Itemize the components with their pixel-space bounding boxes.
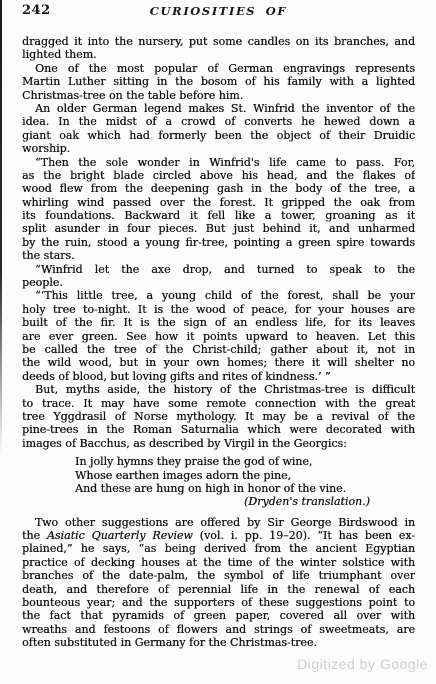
verse-block: In jolly hymns they praise the god of wi… bbox=[22, 455, 415, 509]
text-line: built of the fir. It is the sign of an e… bbox=[22, 316, 415, 329]
text-line: One of the most popular of German engrav… bbox=[22, 62, 415, 75]
text-line: the stars. bbox=[22, 249, 415, 262]
verse-attribution: (Dryden's translation.) bbox=[22, 495, 415, 508]
paragraph: An older German legend makes St. Winfrid… bbox=[22, 102, 415, 156]
book-page: 242 CURIOSITIES OF dragged it into the n… bbox=[0, 0, 436, 684]
text-line: “‘This little tree, a young child of the… bbox=[22, 289, 415, 302]
text-line: branches of the date-palm, the symbol of… bbox=[22, 569, 415, 582]
text-line: death, and therefore of perennial life i… bbox=[22, 583, 415, 596]
body-text: dragged it into the nursery, put some ca… bbox=[22, 35, 415, 650]
text-line: whirling wind passed over the forest. It… bbox=[22, 196, 415, 209]
text-line: Martin Luther sitting in the bosom of hi… bbox=[22, 75, 415, 88]
text-line: by the ruin, stood a young fir-tree, poi… bbox=[22, 236, 415, 249]
text-line: images of Bacchus, as described by Virgi… bbox=[22, 437, 415, 450]
text-line: giant oak which had formerly been the ob… bbox=[22, 129, 415, 142]
text-line: wreaths and festoons of flowers and stri… bbox=[22, 623, 415, 636]
running-header: CURIOSITIES OF bbox=[22, 4, 415, 18]
scan-edge-artifact bbox=[0, 0, 2, 455]
paragraph: dragged it into the nursery, put some ca… bbox=[22, 35, 415, 62]
text-line: the fact that pyramids of green paper, c… bbox=[22, 609, 415, 622]
text-line: bounteous year; and the supporters of th… bbox=[22, 596, 415, 609]
text-line: An older German legend makes St. Winfrid… bbox=[22, 102, 415, 115]
paragraph: But, myths aside, the history of the Chr… bbox=[22, 383, 415, 450]
text-line: pine-trees in the Roman Saturnalia which… bbox=[22, 423, 415, 436]
text-line: people. bbox=[22, 276, 415, 289]
paragraph: Two other suggestions are offered by Sir… bbox=[22, 516, 415, 650]
text-line: be called the tree of the Christ-child; … bbox=[22, 343, 415, 356]
text-line: plained,” he says, “as being derived fro… bbox=[22, 542, 415, 555]
paragraph: “‘This little tree, a young child of the… bbox=[22, 289, 415, 383]
text-line: holy tree to-night. It is the wood of pe… bbox=[22, 303, 415, 316]
text-line: split asunder in four pieces. But just b… bbox=[22, 222, 415, 235]
verse-line: Whose earthen images adorn the pine, bbox=[22, 469, 415, 482]
verse-line: And these are hung on high in honor of t… bbox=[22, 482, 415, 495]
italic-title: Asiatic Quarterly Review bbox=[47, 529, 193, 542]
text-segment: the bbox=[22, 529, 47, 542]
text-line: tree Yggdrasil of Norse mythology. It ma… bbox=[22, 410, 415, 423]
text-line: its foundations. Backward it fell like a… bbox=[22, 209, 415, 222]
text-line: as the bright blade circled above his he… bbox=[22, 169, 415, 182]
text-segment: (vol. i. pp. 19–20). “It has been ex- bbox=[193, 529, 415, 542]
text-line: are ever green. See how it points upward… bbox=[22, 330, 415, 343]
text-line: the Asiatic Quarterly Review (vol. i. pp… bbox=[22, 529, 415, 542]
paragraph: “Winfrid let the axe drop, and turned to… bbox=[22, 263, 415, 290]
text-line: Two other suggestions are offered by Sir… bbox=[22, 516, 415, 529]
text-line: dragged it into the nursery, put some ca… bbox=[22, 35, 415, 48]
verse-line: In jolly hymns they praise the god of wi… bbox=[22, 455, 415, 468]
paragraph: One of the most popular of German engrav… bbox=[22, 62, 415, 102]
text-line: “Winfrid let the axe drop, and turned to… bbox=[22, 263, 415, 276]
text-line: the wild wood, but in your own homes; th… bbox=[22, 356, 415, 369]
page-header: 242 CURIOSITIES OF bbox=[22, 3, 415, 19]
paragraph: “Then the sole wonder in Winfrid's life … bbox=[22, 156, 415, 263]
text-line: often substituted in Germany for the Chr… bbox=[22, 636, 415, 649]
digitized-by-google-watermark: Digitized by Google bbox=[297, 656, 428, 672]
text-line: worship. bbox=[22, 142, 415, 155]
text-line: to trace. It may have some remote connec… bbox=[22, 397, 415, 410]
text-line: lighted them. bbox=[22, 48, 415, 61]
text-line: Christmas-tree on the table before him. bbox=[22, 89, 415, 102]
text-line: deeds of blood, but loving gifts and rit… bbox=[22, 370, 415, 383]
text-line: But, myths aside, the history of the Chr… bbox=[22, 383, 415, 396]
text-line: “Then the sole wonder in Winfrid's life … bbox=[22, 156, 415, 169]
text-line: practice of decking houses at the time o… bbox=[22, 556, 415, 569]
text-line: idea. In the midst of a crowd of convert… bbox=[22, 115, 415, 128]
text-line: wood flew from the deepening gash in the… bbox=[22, 182, 415, 195]
